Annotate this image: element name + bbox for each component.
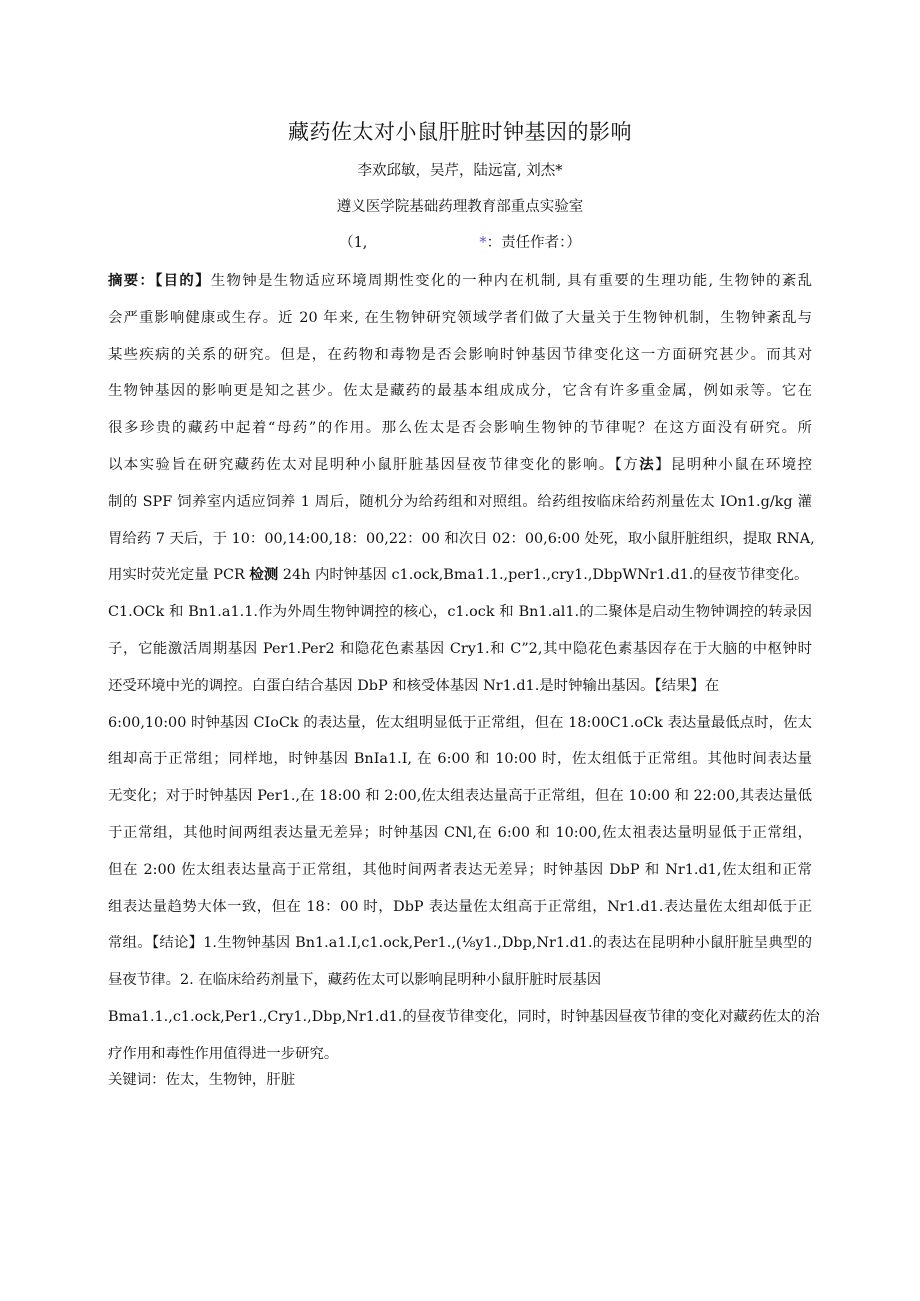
abstract-line: 但在 2:00 佐太组表达量高于正常组，其他时间两者表达无差异；时钟基因 DbP… [108, 852, 812, 889]
abstract-line: 摘要：【目的】生物钟是生物适应环境周期性变化的一种内在机制, 具有重要的生理功能… [108, 263, 812, 300]
line-text: 昼夜节律。2. 在临床给药剂量下，藏药佐太可以影响昆明种小鼠肝脏时辰基因 [108, 972, 601, 988]
affiliation: 遵义医学院基础药理教育部重点实验室 [0, 195, 920, 216]
line-text: 但在 2:00 佐太组表达量高于正常组，其他时间两者表达无差异；时钟基因 DbP… [108, 862, 812, 878]
bold-label: 摘要：【目的】 [108, 273, 211, 289]
line-text: 很多珍贵的藏药中起着“母药”的作用。那么佐太是否会影响生物钟的节律呢？在这方面没… [108, 420, 812, 436]
line-text: 以本实验旨在研究藏药佐太对昆明种小鼠肝脏基因昼夜节律变化的影响。【方 [108, 457, 639, 473]
line-text: 胃给药 7 天后，于 10：00,14:00,18：00,22：00 和次日 0… [108, 531, 815, 547]
line-text: 会严重影响健康或生存。近 20 年来, 在生物钟研究领域学者们做了大量关于生物钟… [108, 310, 812, 326]
line-text: 组表达量趋势大体一致，但在 18：00 时，DbP 表达量佐太组高于正常组，Nr… [108, 899, 812, 915]
abstract-line: 生物钟基因的影响更是知之甚少。佐太是藏药的最基本组成成分，它含有许多重金属，例如… [108, 373, 812, 410]
abstract-line: 胃给药 7 天后，于 10：00,14:00,18：00,22：00 和次日 0… [108, 521, 812, 558]
line-text: 】昆明种小鼠在环境控 [655, 457, 812, 473]
abstract-line: 子，它能激活周期基因 Per1.Per2 和隐花色素基因 Cry1.和 C”2,… [108, 631, 812, 668]
paper-title: 藏药佐太对小鼠肝脏时钟基因的影响 [0, 116, 920, 146]
author-list: 李欢邱敏，吴芹，陆远富, 刘杰* [0, 159, 920, 180]
abstract-line: 还受环境中光的调控。白蛋白结合基因 DbP 和核受体基因 Nr1.d1.是时钟输… [108, 668, 812, 705]
abstract-line: 常组。【结论】1.生物钟基因 Bn1.a1.I,c1.ock,Per1.,(⅛y… [108, 925, 812, 962]
abstract-line: 昼夜节律。2. 在临床给药剂量下，藏药佐太可以影响昆明种小鼠肝脏时辰基因 [108, 962, 812, 999]
note-suffix: ：责任作者：） [487, 235, 581, 251]
line-text: 24h 内时钟基因 c1.ock,Bma1.1.,per1.,cry1.,Dbp… [278, 567, 808, 583]
keywords-label: 关键词： [108, 1072, 166, 1088]
line-text: Bma1.1.,c1.ock,Per1.,Cry1.,Dbp,Nr1.d1.的昼… [108, 1009, 820, 1025]
abstract-line: 以本实验旨在研究藏药佐太对昆明种小鼠肝脏基因昼夜节律变化的影响。【方法】昆明种小… [108, 447, 812, 484]
bold-label: 检测 [249, 567, 278, 583]
abstract-line: 6:00,10:00 时钟基因 CIoCk 的表达量，佐太组明显低于正常组，但在… [108, 705, 812, 742]
abstract-line: 于正常组，其他时间两组表达量无差异；时钟基因 CNl,在 6:00 和 10:0… [108, 815, 812, 852]
line-text: 用实时荧光定量 PCR [108, 567, 249, 583]
abstract-line: 无变化；对于时钟基因 Per1.,在 18:00 和 2:00,佐太组表达量高于… [108, 778, 812, 815]
line-text: 无变化；对于时钟基因 Per1.,在 18:00 和 2:00,佐太组表达量高于… [108, 788, 812, 804]
line-text: 于正常组，其他时间两组表达量无差异；时钟基因 CNl,在 6:00 和 10:0… [108, 825, 812, 841]
line-text: 常组。【结论】1.生物钟基因 Bn1.a1.I,c1.ock,Per1.,(⅛y… [108, 935, 812, 951]
line-text: 生物钟基因的影响更是知之甚少。佐太是藏药的最基本组成成分，它含有许多重金属，例如… [108, 383, 812, 399]
line-text: 还受环境中光的调控。白蛋白结合基因 DbP 和核受体基因 Nr1.d1.是时钟输… [108, 678, 719, 694]
abstract-line: 用实时荧光定量 PCR 检测 24h 内时钟基因 c1.ock,Bma1.1.,… [108, 557, 812, 594]
abstract-line: 疗作用和毒性作用值得进一步研究。 [108, 1036, 812, 1073]
note-prefix: （1, [339, 235, 367, 251]
abstract-line: 组表达量趋势大体一致，但在 18：00 时，DbP 表达量佐太组高于正常组，Nr… [108, 889, 812, 926]
keywords: 关键词：佐太，生物钟，肝脏 [108, 1068, 295, 1089]
keywords-value: 佐太，生物钟，肝脏 [166, 1072, 296, 1088]
line-text: 某些疾病的关系的研究。但是，在药物和毒物是否会影响时钟基因节律变化这一方面研究甚… [108, 347, 812, 363]
abstract-line: 制的 SPF 饲养室内适应饲养 1 周后，随机分为给药组和对照组。给药组按临床给… [108, 484, 812, 521]
abstract: 摘要：【目的】生物钟是生物适应环境周期性变化的一种内在机制, 具有重要的生理功能… [108, 263, 812, 1073]
abstract-line: 会严重影响健康或生存。近 20 年来, 在生物钟研究领域学者们做了大量关于生物钟… [108, 300, 812, 337]
abstract-line: C1.OCk 和 Bn1.a1.1.作为外周生物钟调控的核心，c1.ock 和 … [108, 594, 812, 631]
line-text: C1.OCk 和 Bn1.a1.1.作为外周生物钟调控的核心，c1.ock 和 … [108, 604, 812, 620]
line-text: 组却高于正常组；同样地，时钟基因 BnIa1.I, 在 6:00 和 10:00… [108, 751, 812, 767]
line-text: 生物钟是生物适应环境周期性变化的一种内在机制, 具有重要的生理功能, 生物钟的紊… [211, 273, 812, 289]
abstract-line: 组却高于正常组；同样地，时钟基因 BnIa1.I, 在 6:00 和 10:00… [108, 741, 812, 778]
abstract-line: 某些疾病的关系的研究。但是，在药物和毒物是否会影响时钟基因节律变化这一方面研究甚… [108, 337, 812, 374]
line-text: 子，它能激活周期基因 Per1.Per2 和隐花色素基因 Cry1.和 C”2,… [108, 641, 812, 657]
line-text: 制的 SPF 饲养室内适应饲养 1 周后，随机分为给药组和对照组。给药组按临床给… [108, 494, 812, 510]
corresponding-author-marker: * [479, 235, 486, 251]
document-page: 藏药佐太对小鼠肝脏时钟基因的影响 李欢邱敏，吴芹，陆远富, 刘杰* 遵义医学院基… [0, 0, 920, 1301]
bold-label: 法 [639, 457, 655, 473]
author-note: （1,*：责任作者：） [0, 231, 920, 252]
line-text: 6:00,10:00 时钟基因 CIoCk 的表达量，佐太组明显低于正常组，但在… [108, 715, 812, 731]
line-text: 疗作用和毒性作用值得进一步研究。 [108, 1046, 338, 1062]
abstract-line: 很多珍贵的藏药中起着“母药”的作用。那么佐太是否会影响生物钟的节律呢？在这方面没… [108, 410, 812, 447]
abstract-line: Bma1.1.,c1.ock,Per1.,Cry1.,Dbp,Nr1.d1.的昼… [108, 999, 812, 1036]
